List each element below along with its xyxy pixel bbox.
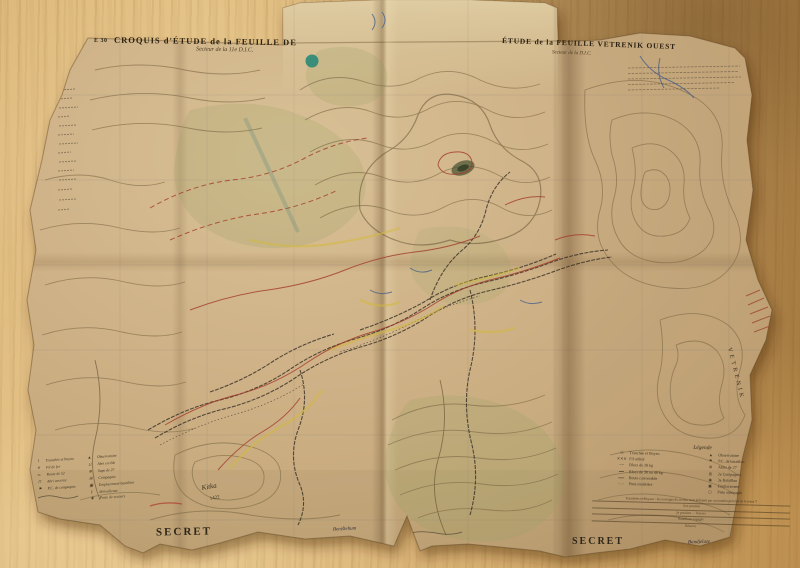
teal-sticker-dot (306, 55, 319, 68)
photo-of-map: Kitka 1422 VETRENIK E 30 CROQUIS d'ÉTUDE… (0, 0, 800, 568)
map-sheet-graphics: Kitka 1422 VETRENIK (0, 0, 800, 568)
